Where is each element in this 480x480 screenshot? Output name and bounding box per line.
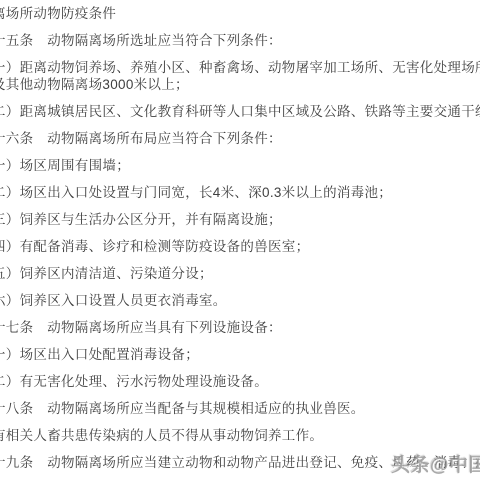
regulation-document: 离场所动物防疫条件 十五条 动物隔离场所选址应当符合下列条件： 一）距离动物饲养… [0,5,480,480]
article-15-item-2: 二）距离城镇居民区、文化教育科研等人口集中区域及公路、铁路等主要交通干线、生活饮… [0,103,480,120]
article-15-item-1-cont: 及其他动物隔离场3000米以上； [0,76,480,93]
article-17-heading: 十七条 动物隔离场所应当具有下列设施设备： [0,319,480,336]
article-17-item-1: 一）场区出入口处配置消毒设备； [0,346,480,363]
article-18-paragraph-2: 有相关人畜共患传染病的人员不得从事动物饲养工作。 [0,427,480,444]
article-16-heading: 十六条 动物隔离场所布局应当符合下列条件： [0,130,480,147]
article-16-item-1: 一）场区周围有围墙； [0,157,480,174]
doc-title: 离场所动物防疫条件 [0,5,480,22]
toutiao-watermark: 头条@中国绿 [391,450,480,477]
article-16-item-4: 四）有配备消毒、诊疗和检测等防疫设备的兽医室； [0,238,480,255]
article-15-item-1: 一）距离动物饲养场、养殖小区、种畜禽场、动物屠宰加工场所、无害化处理场所、动物诊… [0,59,480,76]
article-16-item-3: 三）饲养区与生活办公区分开，并有隔离设施； [0,211,480,228]
article-16-item-6: 六）饲养区入口设置人员更衣消毒室。 [0,292,480,309]
article-18-paragraph: 十八条 动物隔离场所应当配备与其规模相适应的执业兽医。 [0,400,480,417]
article-16-item-5: 五）饲养区内清洁道、污染道分设； [0,265,480,282]
article-17-item-2: 二）有无害化处理、污水污物处理设施设备。 [0,373,480,390]
article-16-item-2: 二）场区出入口处设置与门同宽，长4米、深0.3米以上的消毒池； [0,184,480,201]
article-15-heading: 十五条 动物隔离场所选址应当符合下列条件： [0,32,480,49]
